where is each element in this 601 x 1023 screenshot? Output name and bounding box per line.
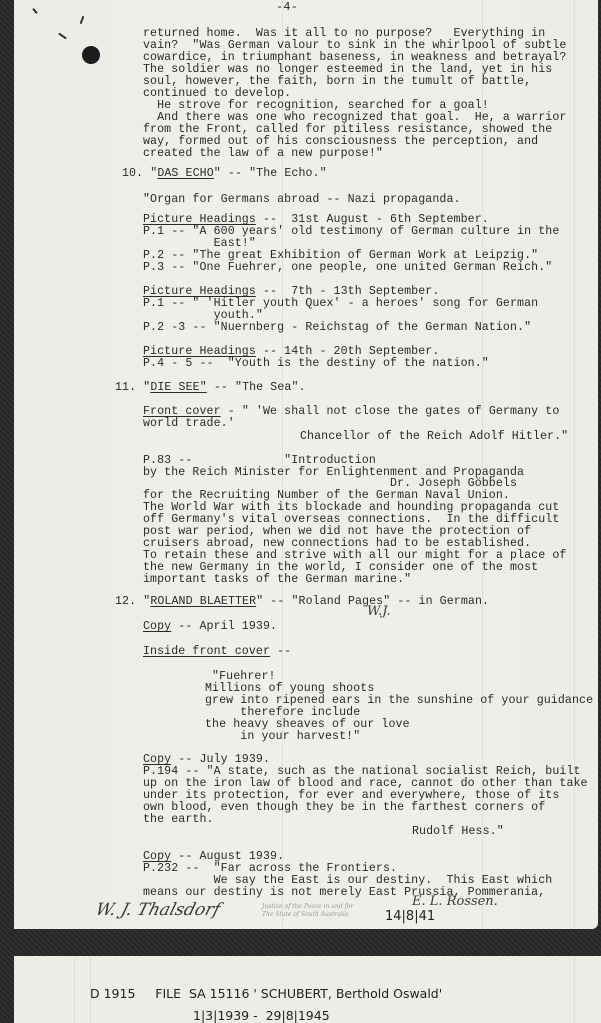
stamp-line: Justice of the Peace in and for (262, 903, 353, 910)
text-line: important tasks of the German marine." (143, 574, 411, 586)
stamp-line: The State of South Australia (262, 911, 348, 918)
publication-title: DIE SEE" (150, 381, 206, 394)
text-line: the earth. (143, 814, 214, 826)
witness-signature: E. L. Rossen. (412, 894, 498, 909)
item-heading: 10. "DAS ECHO" -- "The Echo." (122, 168, 327, 180)
paper-fold-line (574, 956, 575, 1023)
justice-signature: W. J. Thalsdorf (93, 900, 222, 920)
archive-file-reference: D 1915 FILE SA 15116 ' SCHUBERT, Berthol… (90, 986, 442, 1001)
quote-text: - " 'We shall not close the gates of Ger… (221, 405, 560, 418)
archive-date-range: 1|3|1939 - 29|8|1945 (193, 1008, 330, 1023)
item-number: 10. (122, 167, 143, 180)
item-number: 12. (115, 595, 136, 608)
quote-attribution: Chancellor of the Reich Adolf Hitler." (300, 431, 568, 443)
ink-blot-icon (82, 46, 100, 64)
text-line: world trade.' (143, 418, 235, 430)
publication-translation: -- "The Sea". (207, 381, 306, 394)
publication-translation: -- "The Echo." (221, 167, 327, 180)
text-line: P.3 -- "One Fuehrer, one people, one uni… (143, 262, 552, 274)
handwritten-initials: W.J. (367, 604, 391, 619)
copy-label: Copy (143, 620, 171, 633)
separator: -- (270, 645, 291, 658)
text-line: P.4 - 5 -- "Youth is the destiny of the … (143, 358, 489, 370)
signature-date: 14|8|41 (385, 909, 435, 924)
page-number: -4- (276, 1, 298, 13)
section-label: Inside front cover (143, 645, 270, 658)
inside-front-cover: Inside front cover -- (143, 646, 291, 658)
publication-title: ROLAND BLAETTER (150, 595, 256, 608)
item-number: 11. (115, 381, 136, 394)
publication-title: DAS ECHO (157, 167, 213, 180)
copy-date: Copy -- April 1939. (143, 621, 277, 633)
justice-stamp: Justice of the Peace in and for The Stat… (262, 903, 353, 919)
quote-attribution: Rudolf Hess." (412, 826, 504, 838)
item-heading: 11. "DIE SEE" -- "The Sea". (115, 382, 306, 394)
publication-description: "Organ for Germans abroad -- Nazi propag… (143, 194, 461, 206)
text-line: P.2 -3 -- "Nuernberg - Reichstag of the … (143, 322, 531, 334)
copy-date-text: -- April 1939. (171, 620, 277, 633)
poem-line: in your harvest!" (205, 731, 360, 743)
item-heading: 12. "ROLAND BLAETTER" -- "Roland Pages" … (115, 596, 489, 608)
paper-fold-line (74, 956, 75, 1023)
text-line: created the law of a new purpose!" (143, 148, 383, 160)
